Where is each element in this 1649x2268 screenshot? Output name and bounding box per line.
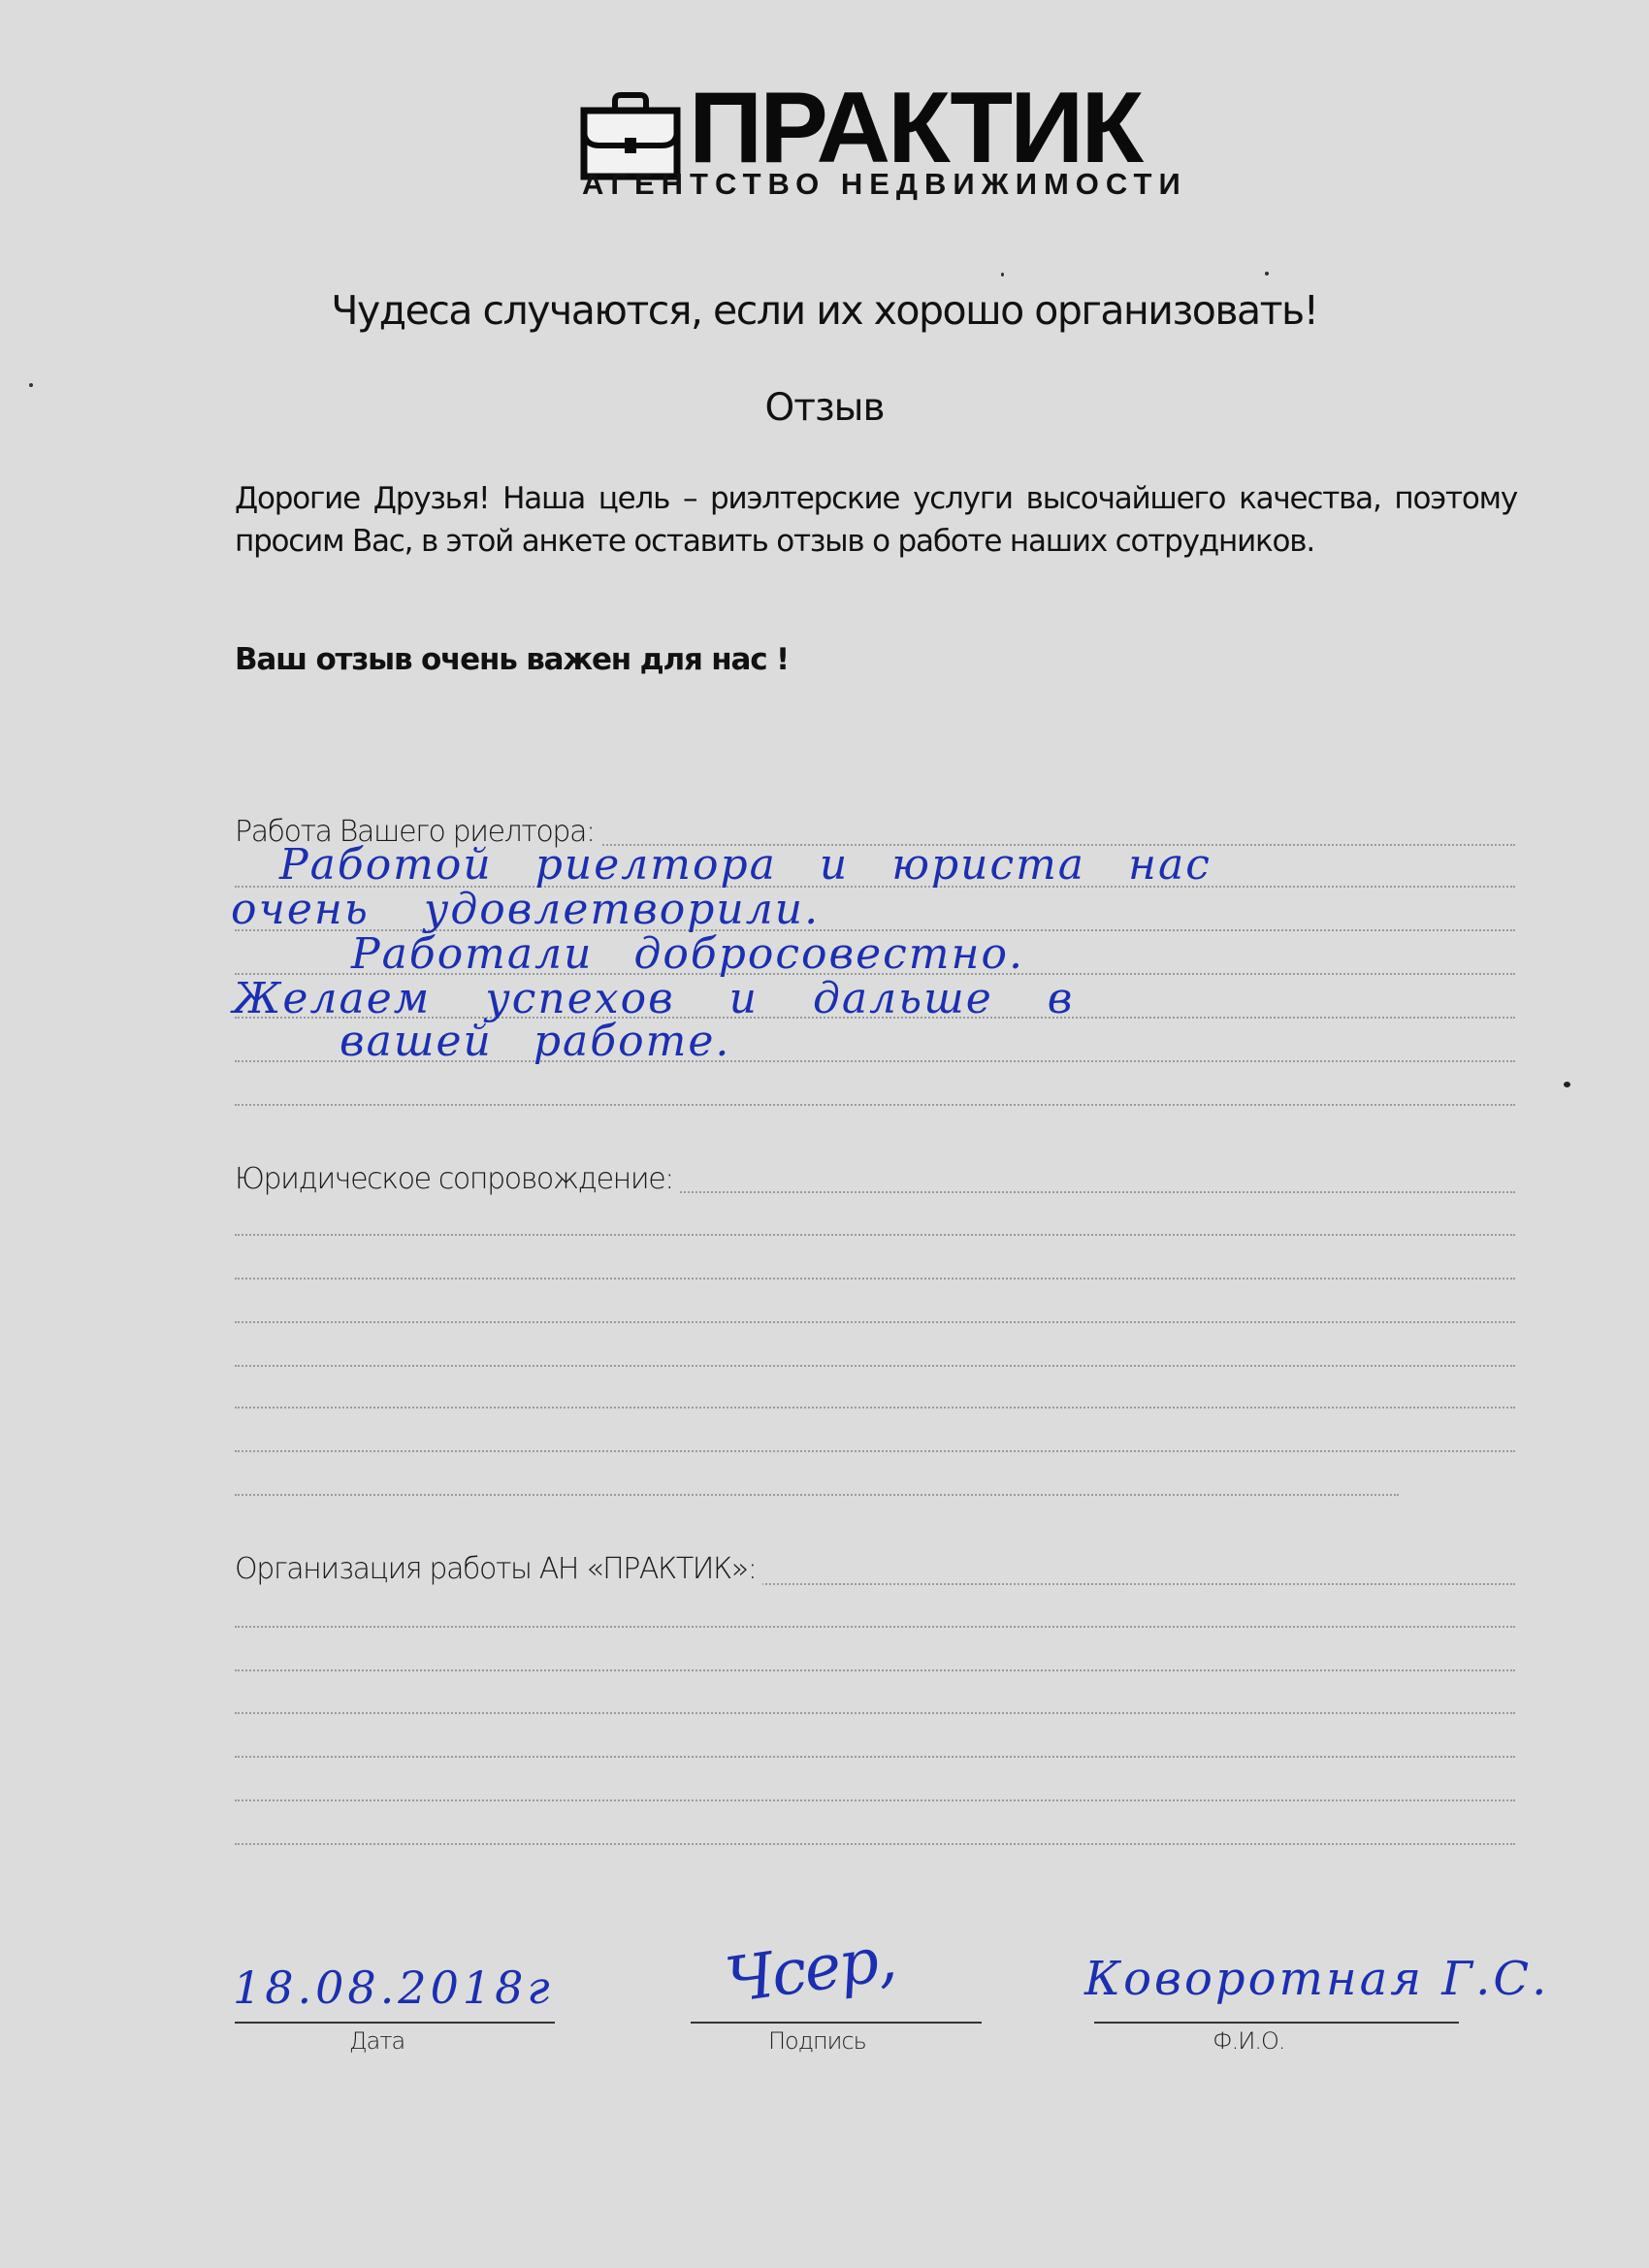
dotted-rule [235,1843,1515,1845]
dotted-rule [235,1669,1515,1671]
handwritten-answer-line: вашей работе. [339,1017,730,1066]
brand-subtitle: АГЕНТСТВО НЕДВИЖИМОСТИ [582,167,1187,202]
signature-value: Чсер, [722,1923,899,2018]
slogan: Чудеса случаются, если их хорошо организ… [0,287,1649,334]
dotted-rule [235,1407,1515,1409]
dotted-rule [235,1712,1515,1714]
dotted-rule [235,1365,1515,1367]
important-note: Ваш отзыв очень важен для нас ! [235,642,789,677]
dotted-rule [235,1799,1515,1801]
full-name-caption: Ф.И.О. [1212,2027,1285,2055]
dotted-rule [235,1234,1515,1236]
date-caption: Дата [349,2027,404,2055]
signature-caption: Подпись [768,2027,866,2055]
intro-paragraph: Дорогие Друзья! Наша цель – риэлтерские … [235,477,1517,563]
handwritten-answer-line: Работой риелтора и юриста нас [279,840,1212,890]
signature-line [691,2022,982,2024]
handwritten-answer-line: Работали добросовестно. [351,929,1024,979]
dotted-rule [235,1756,1515,1758]
dotted-rule [235,1626,1515,1628]
scan-speck [1265,272,1269,275]
dotted-rule [235,1450,1515,1452]
date-line [235,2022,555,2024]
handwritten-answer-line: очень удовлетворили. [231,885,820,934]
scan-speck [1001,273,1004,276]
full-name-line [1094,2022,1459,2024]
dotted-rule [235,1104,1515,1106]
brand-logo: ПРАКТИК АГЕНТСТВО НЕДВИЖИМОСТИ [580,80,1181,206]
scan-speck [1564,1082,1570,1087]
section-label-legal: Юридическое сопровождение: [235,1162,679,1196]
full-name-value: Коворотная Г.С. [1084,1952,1549,2006]
page-title: Отзыв [0,386,1649,430]
section-label-organization: Организация работы АН «ПРАКТИК»: [235,1552,762,1586]
dotted-rule [235,1494,1399,1496]
dotted-rule [235,1278,1515,1280]
dotted-rule [235,1321,1515,1323]
date-value: 18.08.2018г [233,1961,554,2014]
